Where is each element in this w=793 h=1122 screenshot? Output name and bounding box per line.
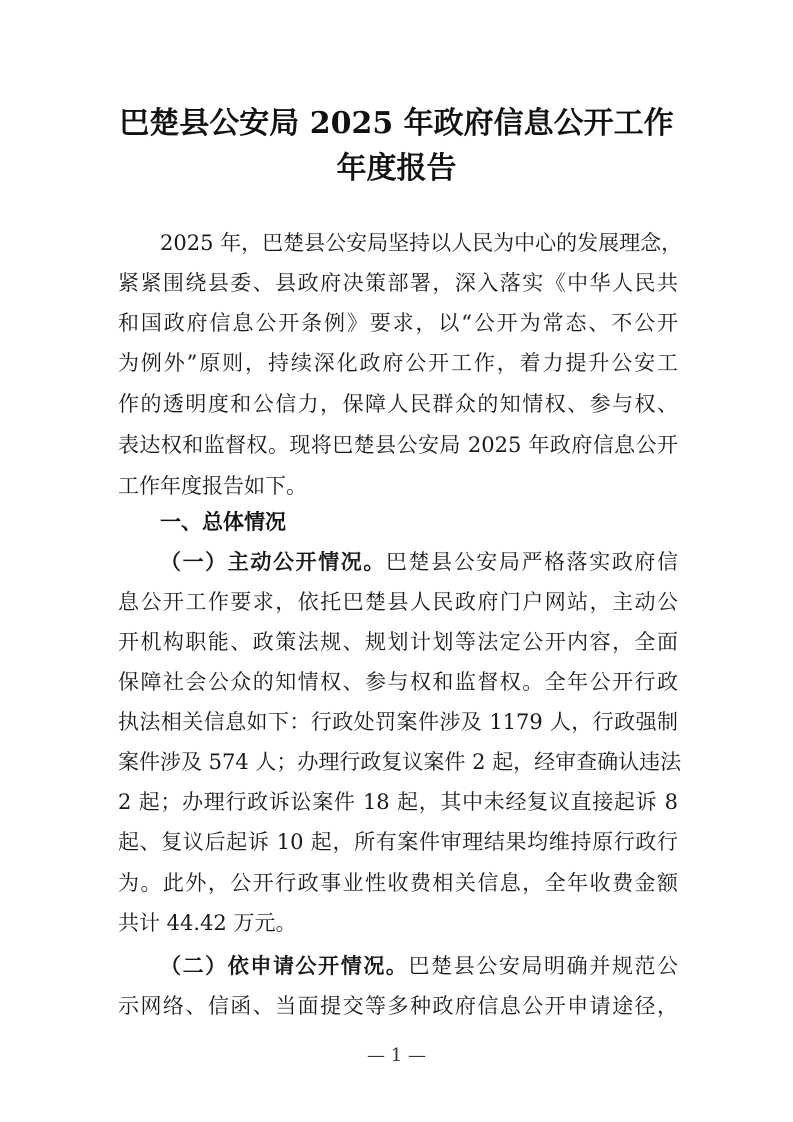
page-number: — 1 — [0,1045,793,1066]
paragraph-line: 为。此外，公开行政事业性收费相关信息，全年收费金额 [118,868,678,898]
intro-paragraph-line: 2025 年，巴楚县公安局坚持以人民为中心的发展理念， [160,228,678,258]
paragraph-line: 案件涉及 574 人；办理行政复议案件 2 起，经审查确认违法 [118,747,678,777]
intro-paragraph-line: 紧紧围绕县委、县政府决策部署，深入落实《中华人民共 [118,268,678,298]
document-title-line2: 年度报告 [0,143,793,187]
subsection-label: （二）依申请公开情况。 [160,954,409,978]
paragraph-line: 执法相关信息如下：行政处罚案件涉及 1179 人，行政强制 [118,707,678,737]
intro-paragraph-line: 工作年度报告如下。 [118,471,678,501]
intro-paragraph-line: 为例外”原则，持续深化政府公开工作，着力提升公安工 [118,348,678,378]
paragraph-line: 息公开工作要求，依托巴楚县人民政府门户网站，主动公 [118,587,678,617]
intro-paragraph-line: 表达权和监督权。现将巴楚县公安局 2025 年政府信息公开 [118,430,678,460]
intro-paragraph-line: 作的透明度和公信力，保障人民群众的知情权、参与权、 [118,389,678,419]
intro-paragraph-line: 和国政府信息公开条例》要求，以“公开为常态、不公开 [118,308,678,338]
paragraph-line: 共计 44.42 万元。 [118,908,678,938]
subsection-text: 巴楚县公安局明确并规范公 [409,954,679,978]
subsection-label: （一）主动公开情况。 [160,550,386,574]
document-title-line1: 巴楚县公安局 2025 年政府信息公开工作 [0,98,793,142]
paragraph-line: 开机构职能、政策法规、规划计划等法定公开内容，全面 [118,627,678,657]
subsection-active-disclosure-first-line: （一）主动公开情况。巴楚县公安局严格落实政府信 [160,547,678,577]
paragraph-line: 起、复议后起诉 10 起，所有案件审理结果均维持原行政行 [118,827,678,857]
section-heading-overview: 一、总体情况 [160,507,286,537]
paragraph-line: 2 起；办理行政诉讼案件 18 起，其中未经复议直接起诉 8 [118,787,678,817]
paragraph-line: 保障社会公众的知情权、参与权和监督权。全年公开行政 [118,667,678,697]
document-page: 巴楚县公安局 2025 年政府信息公开工作 年度报告 2025 年，巴楚县公安局… [0,0,793,1122]
subsection-request-disclosure-first-line: （二）依申请公开情况。巴楚县公安局明确并规范公 [160,951,678,981]
paragraph-line: 示网络、信函、当面提交等多种政府信息公开申请途径， [118,991,678,1021]
subsection-text: 巴楚县公安局严格落实政府信 [386,550,678,574]
